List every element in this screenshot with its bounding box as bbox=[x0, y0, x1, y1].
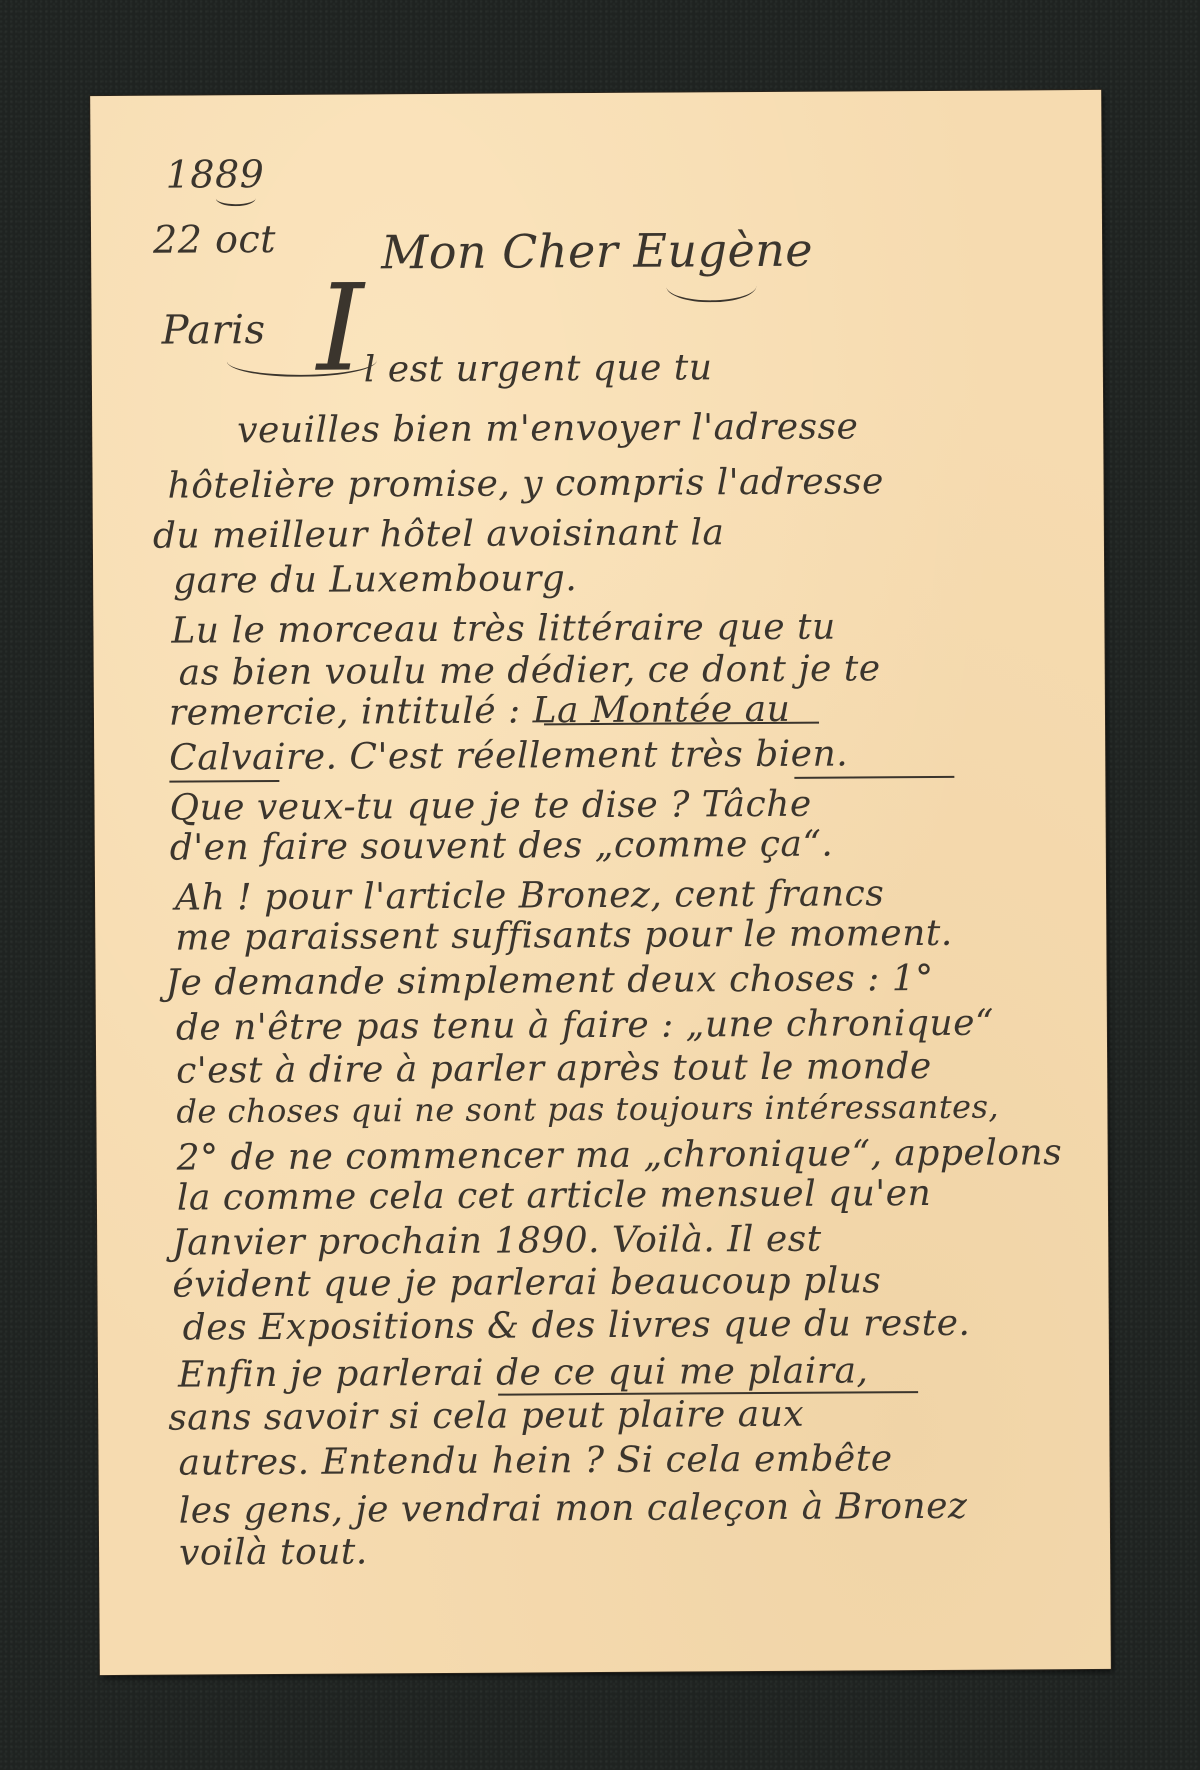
year-flourish bbox=[216, 190, 256, 206]
body-line-17: de choses qui ne sont pas toujours intér… bbox=[176, 1091, 999, 1128]
year-annotation: 1889 bbox=[166, 155, 265, 194]
body-line-16: c'est à dire à parler après tout le mond… bbox=[176, 1049, 932, 1090]
body-line-23: Enfin je parlerai de ce qui me plaira, bbox=[178, 1353, 869, 1393]
body-line-11: d'en faire souvent des „comme ça“. bbox=[170, 827, 834, 867]
body-line-2: veuilles bien m'envoyer l'adresse bbox=[237, 409, 858, 449]
body-line-22: des Expositions & des livres que du rest… bbox=[183, 1306, 971, 1347]
body-line-3: hôtelière promise, y compris l'adresse bbox=[167, 464, 884, 504]
body-line-25: autres. Entendu hein ? Si cela embête bbox=[178, 1441, 892, 1481]
body-line-6: Lu le morceau très littéraire que tu bbox=[171, 610, 836, 650]
underline-calvaire bbox=[169, 780, 279, 783]
underline-tres-bien bbox=[794, 776, 954, 779]
date-annotation: 22 oct bbox=[153, 220, 276, 259]
body-line-26: les gens, je vendrai mon caleçon à Brone… bbox=[179, 1489, 968, 1530]
body-line-10: Que veux-tu que je te dise ? Tâche bbox=[169, 787, 811, 827]
body-line-15: de n'être pas tenu à faire : „une chroni… bbox=[176, 1006, 994, 1047]
body-line-7: as bien voulu me dédier, ce dont je te bbox=[179, 651, 881, 691]
body-line-21: évident que je parlerai beaucoup plus bbox=[172, 1263, 881, 1303]
salutation-flourish bbox=[666, 270, 756, 303]
body-line-13: me paraissent suffisants pour le moment. bbox=[175, 916, 953, 957]
body-line-24: sans savoir si cela peut plaire aux bbox=[168, 1397, 804, 1437]
body-line-1: l est urgent que tu bbox=[364, 350, 713, 388]
salutation: Mon Cher Eugène bbox=[381, 227, 813, 276]
body-line-8: remercie, intitulé : La Montée au bbox=[169, 692, 791, 732]
body-line-27: voilà tout. bbox=[179, 1534, 368, 1571]
body-line-18: 2° de ne commencer ma „chronique“, appel… bbox=[177, 1135, 1063, 1176]
body-line-14: Je demande simplement deux choses : 1° bbox=[165, 961, 933, 1002]
body-line-5: gare du Luxembourg. bbox=[173, 561, 577, 599]
body-line-4: du meilleur hôtel avoisinant la bbox=[153, 515, 725, 554]
body-line-12: Ah ! pour l'article Bronez, cent francs bbox=[175, 876, 884, 916]
body-line-20: Janvier prochain 1890. Voilà. Il est bbox=[172, 1222, 822, 1262]
body-line-19: la comme cela cet article mensuel qu'en bbox=[177, 1176, 932, 1217]
letter-page: 1889 22 oct Mon Cher Eugène Paris I l es… bbox=[90, 90, 1111, 1675]
body-line-9: Calvaire. C'est réellement très bien. bbox=[169, 736, 848, 776]
